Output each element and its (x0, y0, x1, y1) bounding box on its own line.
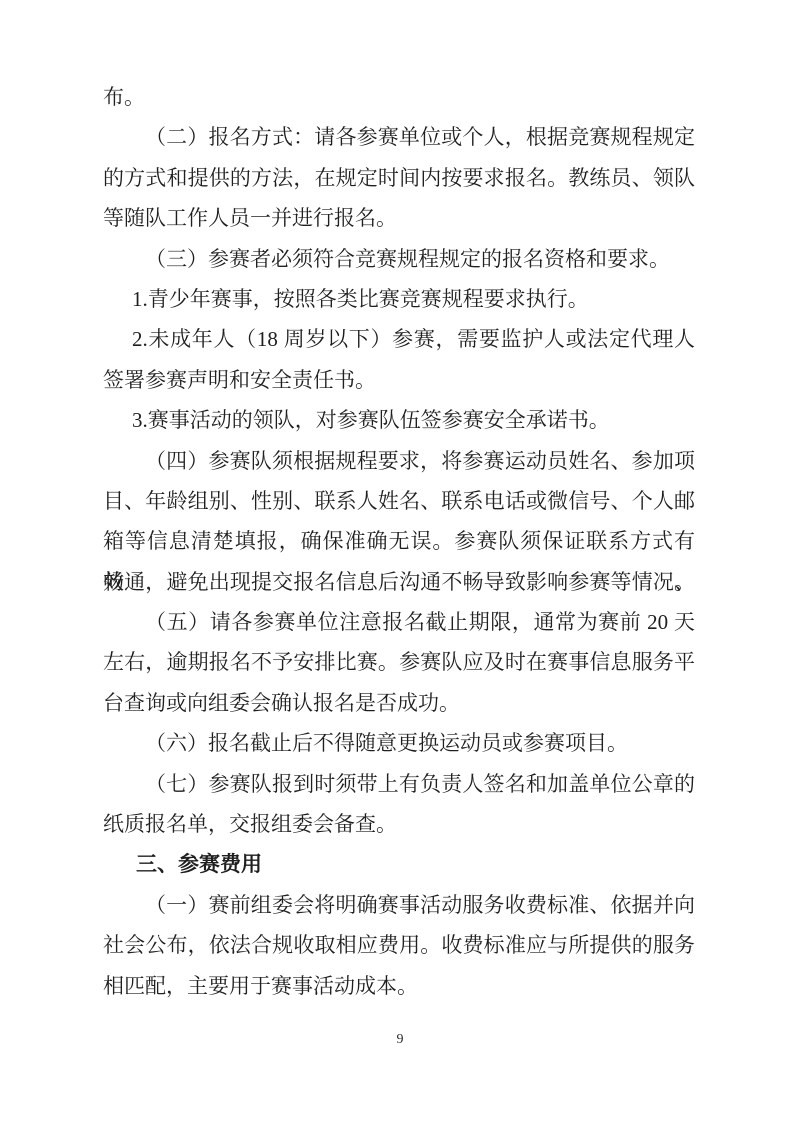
text-line: 签署参赛声明和安全责任书。 (103, 360, 695, 400)
text-line: 2.未成年人（18 周岁以下）参赛，需要监护人或法定代理人 (103, 319, 695, 359)
text-line: （六）报名截止后不得随意更换运动员或参赛项目。 (103, 723, 695, 763)
text-line: 台查询或向组委会确认报名是否成功。 (103, 683, 695, 723)
text-line: 的方式和提供的方法，在规定时间内按要求报名。教练员、领队 (103, 158, 695, 198)
text-line: 纸质报名单，交报组委会备查。 (103, 804, 695, 844)
text-line: （七）参赛队报到时须带上有负责人签名和加盖单位公章的 (103, 764, 695, 804)
text-line: 箱等信息清楚填报，确保准确无误。参赛队须保证联系方式有效、 (103, 521, 695, 561)
text-line: 目、年龄组别、性别、联系人姓名、联系电话或微信号、个人邮 (103, 481, 695, 521)
text-line: 相匹配，主要用于赛事活动成本。 (103, 966, 695, 1006)
text-line: 布。 (103, 77, 695, 117)
text-line: （一）赛前组委会将明确赛事活动服务收费标准、依据并向 (103, 885, 695, 925)
section-heading: 三、参赛费用 (103, 844, 695, 884)
text-line: （五）请各参赛单位注意报名截止期限，通常为赛前 20 天 (103, 602, 695, 642)
text-line: （四）参赛队须根据规程要求，将参赛运动员姓名、参加项 (103, 441, 695, 481)
text-line: 左右，逾期报名不予安排比赛。参赛队应及时在赛事信息服务平 (103, 642, 695, 682)
document-body: 布。 （二）报名方式：请各参赛单位或个人，根据竞赛规程规定 的方式和提供的方法，… (103, 77, 695, 1006)
page-number: 9 (0, 1030, 800, 1050)
text-line: 社会公布，依法合规收取相应费用。收费标准应与所提供的服务 (103, 925, 695, 965)
text-line: 畅通，避免出现提交报名信息后沟通不畅导致影响参赛等情况。 (103, 562, 695, 602)
text-line: 3.赛事活动的领队，对参赛队伍签参赛安全承诺书。 (103, 400, 695, 440)
text-line: （三）参赛者必须符合竞赛规程规定的报名资格和要求。 (103, 239, 695, 279)
text-line: （二）报名方式：请各参赛单位或个人，根据竞赛规程规定 (103, 117, 695, 157)
text-line: 1.青少年赛事，按照各类比赛竞赛规程要求执行。 (103, 279, 695, 319)
text-line: 等随队工作人员一并进行报名。 (103, 198, 695, 238)
document-page: 布。 （二）报名方式：请各参赛单位或个人，根据竞赛规程规定 的方式和提供的方法，… (0, 0, 800, 1131)
